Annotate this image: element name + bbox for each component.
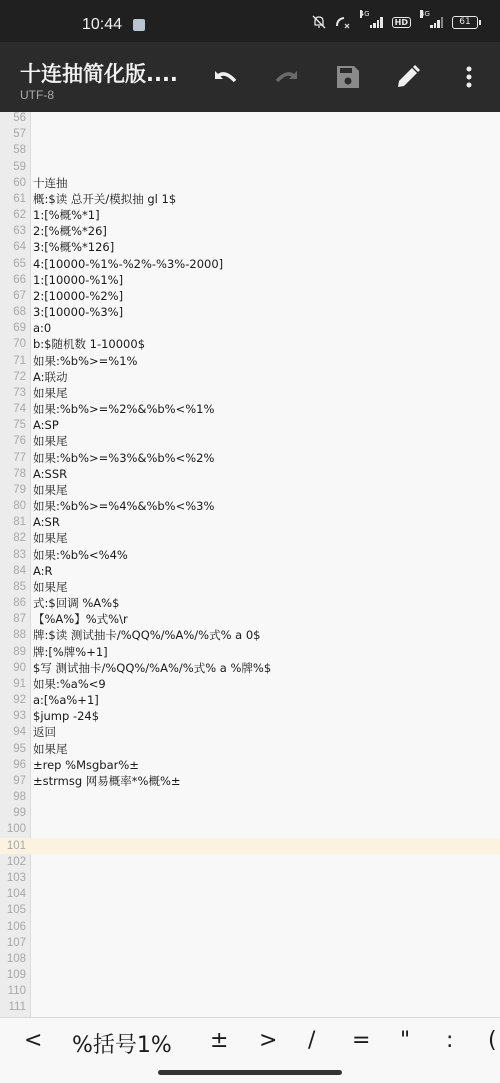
line-number: 83: [0, 547, 26, 563]
line-text[interactable]: $写 测试抽卡/%QQ%/%A%/%式% a %牌%$: [33, 660, 271, 676]
hd-badge: HD: [392, 17, 411, 28]
line-text[interactable]: 3:[10000-%3%]: [33, 304, 123, 320]
encoding-label: UTF-8: [20, 88, 54, 102]
notification-app-icon: [133, 19, 145, 31]
code-line[interactable]: 83如果:%b%<%4%: [0, 547, 500, 563]
line-number: 96: [0, 757, 26, 773]
signal-icon-1: 4G: [370, 16, 383, 28]
code-line[interactable]: 643:[%概%*126]: [0, 239, 500, 255]
symbol-key[interactable]: (: [488, 1028, 497, 1053]
line-number: 84: [0, 563, 26, 579]
code-line[interactable]: 74如果:%b%>=%2%&%b%<%1%: [0, 401, 500, 417]
code-line[interactable]: 77如果:%b%>=%3%&%b%<%2%: [0, 450, 500, 466]
code-line[interactable]: 61概:$读 总开关/模拟抽 gl 1$: [0, 191, 500, 207]
toolbar: 十连抽简化版.... UTF-8: [0, 42, 500, 112]
line-number: 93: [0, 708, 26, 724]
line-number: 100: [0, 821, 26, 837]
code-line[interactable]: 110: [0, 983, 500, 999]
code-line[interactable]: 672:[10000-%2%]: [0, 288, 500, 304]
line-number: 76: [0, 433, 26, 449]
line-text[interactable]: 1:[10000-%1%]: [33, 272, 123, 288]
code-line[interactable]: 88牌:$读 测试抽卡/%QQ%/%A%/%式% a 0$: [0, 627, 500, 643]
code-line[interactable]: 70b:$随机数 1-10000$: [0, 336, 500, 352]
symbol-key[interactable]: <: [24, 1028, 42, 1053]
line-text[interactable]: 如果尾: [33, 741, 68, 757]
line-text[interactable]: $jump -24$: [33, 708, 99, 724]
code-line[interactable]: 84A:R: [0, 563, 500, 579]
code-line[interactable]: 76如果尾: [0, 433, 500, 449]
symbol-key[interactable]: ": [400, 1028, 410, 1053]
line-number: 67: [0, 288, 26, 304]
code-line[interactable]: 102: [0, 854, 500, 870]
code-line[interactable]: 91如果:%a%<9: [0, 676, 500, 692]
line-number: 104: [0, 886, 26, 902]
code-line[interactable]: 94返回: [0, 724, 500, 740]
line-number: 62: [0, 207, 26, 223]
code-line[interactable]: 98: [0, 789, 500, 805]
code-line[interactable]: 106: [0, 919, 500, 935]
status-time: 10:44: [82, 16, 122, 34]
line-text[interactable]: 【%A%】%式%\r: [33, 611, 128, 627]
line-text[interactable]: A:SP: [33, 417, 59, 433]
line-number: 57: [0, 126, 26, 142]
code-line[interactable]: 103: [0, 870, 500, 886]
battery-icon: 61: [452, 16, 478, 29]
code-line[interactable]: 89牌:[%牌%+1]: [0, 644, 500, 660]
line-text[interactable]: 式:$回调 %A%$: [33, 595, 119, 611]
line-text[interactable]: ±strmsg 网易概率*%概%±: [33, 773, 181, 789]
symbol-bar: < %括号1% ± > / = " : (: [0, 1017, 500, 1066]
line-number: 65: [0, 256, 26, 272]
code-line[interactable]: 93$jump -24$: [0, 708, 500, 724]
line-text[interactable]: 4:[10000-%1%-%2%-%3%-2000]: [33, 256, 223, 272]
code-editor[interactable]: 5657585960十连抽61概:$读 总开关/模拟抽 gl 1$621:[%概…: [0, 112, 500, 1017]
line-text[interactable]: 2:[%概%*26]: [33, 223, 107, 239]
code-line[interactable]: 92a:[%a%+1]: [0, 692, 500, 708]
line-text[interactable]: 如果尾: [33, 433, 68, 449]
line-number: 111: [0, 999, 26, 1015]
code-line[interactable]: 58: [0, 142, 500, 158]
line-number: 99: [0, 805, 26, 821]
symbol-key[interactable]: :: [446, 1028, 453, 1053]
code-line[interactable]: 104: [0, 886, 500, 902]
redo-icon: [273, 67, 301, 87]
more-vertical-icon: [465, 66, 473, 88]
code-line[interactable]: 90$写 测试抽卡/%QQ%/%A%/%式% a %牌%$: [0, 660, 500, 676]
line-text[interactable]: 概:$读 总开关/模拟抽 gl 1$: [33, 191, 176, 207]
line-number: 56: [0, 112, 26, 126]
line-number: 63: [0, 223, 26, 239]
line-text[interactable]: 十连抽: [33, 175, 68, 191]
undo-icon: [211, 67, 239, 87]
line-number: 75: [0, 417, 26, 433]
line-text[interactable]: ±rep %Msgbar%±: [33, 757, 139, 773]
more-options-button[interactable]: [454, 62, 484, 92]
code-line[interactable]: 101: [0, 838, 500, 854]
line-text[interactable]: 如果:%b%>=%1%: [33, 353, 137, 369]
code-line[interactable]: 82如果尾: [0, 530, 500, 546]
line-number: 61: [0, 191, 26, 207]
line-number: 66: [0, 272, 26, 288]
code-line[interactable]: 683:[10000-%3%]: [0, 304, 500, 320]
code-line[interactable]: 95如果尾: [0, 741, 500, 757]
line-text[interactable]: 如果尾: [33, 385, 68, 401]
home-indicator[interactable]: [158, 1070, 342, 1075]
line-number: 86: [0, 595, 26, 611]
file-title: 十连抽简化版....: [20, 58, 178, 88]
code-line[interactable]: 109: [0, 967, 500, 983]
line-text[interactable]: A:R: [33, 563, 53, 579]
code-line[interactable]: 661:[10000-%1%]: [0, 272, 500, 288]
line-number: 64: [0, 239, 26, 255]
line-number: 79: [0, 482, 26, 498]
line-text[interactable]: 牌:[%牌%+1]: [33, 644, 108, 660]
code-line[interactable]: 654:[10000-%1%-%2%-%3%-2000]: [0, 256, 500, 272]
edit-button[interactable]: [393, 62, 423, 92]
line-number: 82: [0, 530, 26, 546]
line-number: 68: [0, 304, 26, 320]
line-number: 106: [0, 919, 26, 935]
line-text[interactable]: 如果尾: [33, 530, 68, 546]
code-line[interactable]: 73如果尾: [0, 385, 500, 401]
save-button[interactable]: [333, 62, 363, 92]
line-number: 87: [0, 611, 26, 627]
code-line[interactable]: 99: [0, 805, 500, 821]
redo-button[interactable]: [272, 62, 302, 92]
code-line[interactable]: 105: [0, 902, 500, 918]
line-number: 107: [0, 935, 26, 951]
code-line[interactable]: 59: [0, 159, 500, 175]
symbol-key[interactable]: /: [308, 1028, 315, 1053]
symbol-key[interactable]: ±: [210, 1028, 228, 1053]
line-text[interactable]: a:0: [33, 320, 51, 336]
line-number: 88: [0, 627, 26, 643]
code-line[interactable]: 57: [0, 126, 500, 142]
status-icons: 4G HD 4G 61: [312, 15, 478, 29]
code-line[interactable]: 111: [0, 999, 500, 1015]
line-text[interactable]: A:联动: [33, 369, 68, 385]
line-text[interactable]: 2:[10000-%2%]: [33, 288, 123, 304]
code-line[interactable]: 56: [0, 112, 500, 126]
code-line[interactable]: 60十连抽: [0, 175, 500, 191]
line-text[interactable]: 如果:%b%>=%3%&%b%<%2%: [33, 450, 214, 466]
code-line[interactable]: 87【%A%】%式%\r: [0, 611, 500, 627]
symbol-key[interactable]: =: [352, 1028, 370, 1053]
line-number: 89: [0, 644, 26, 660]
code-line[interactable]: 69a:0: [0, 320, 500, 336]
line-text[interactable]: 如果尾: [33, 482, 68, 498]
line-number: 95: [0, 741, 26, 757]
line-text[interactable]: 如果:%b%>=%4%&%b%<%3%: [33, 498, 214, 514]
code-line[interactable]: 96±rep %Msgbar%±: [0, 757, 500, 773]
line-number: 77: [0, 450, 26, 466]
line-number: 78: [0, 466, 26, 482]
code-line[interactable]: 75A:SP: [0, 417, 500, 433]
bell-off-icon: [312, 15, 326, 29]
line-text[interactable]: 牌:$读 测试抽卡/%QQ%/%A%/%式% a 0$: [33, 627, 261, 643]
symbol-key[interactable]: >: [259, 1028, 277, 1053]
line-text[interactable]: 如果:%b%<%4%: [33, 547, 128, 563]
code-line[interactable]: 85如果尾: [0, 579, 500, 595]
code-line[interactable]: 632:[%概%*26]: [0, 223, 500, 239]
code-line[interactable]: 80如果:%b%>=%4%&%b%<%3%: [0, 498, 500, 514]
line-number: 60: [0, 175, 26, 191]
line-text[interactable]: 1:[%概%*1]: [33, 207, 100, 223]
line-text[interactable]: 3:[%概%*126]: [33, 239, 114, 255]
status-bar: 10:44 4G HD 4G 61: [0, 0, 500, 42]
code-line[interactable]: 107: [0, 935, 500, 951]
line-number: 71: [0, 353, 26, 369]
symbol-key[interactable]: %括号1%: [72, 1028, 172, 1059]
line-number: 110: [0, 983, 26, 999]
line-number: 101: [0, 838, 26, 854]
line-number: 81: [0, 514, 26, 530]
code-line[interactable]: 78A:SSR: [0, 466, 500, 482]
code-line[interactable]: 79如果尾: [0, 482, 500, 498]
line-text[interactable]: A:SR: [33, 514, 60, 530]
line-number: 105: [0, 902, 26, 918]
code-line[interactable]: 100: [0, 821, 500, 837]
line-number: 73: [0, 385, 26, 401]
line-number: 74: [0, 401, 26, 417]
code-line[interactable]: 86式:$回调 %A%$: [0, 595, 500, 611]
undo-button[interactable]: [210, 62, 240, 92]
line-text[interactable]: b:$随机数 1-10000$: [33, 336, 145, 352]
line-number: 103: [0, 870, 26, 886]
code-line[interactable]: 108: [0, 951, 500, 967]
line-number: 58: [0, 142, 26, 158]
line-number: 94: [0, 724, 26, 740]
line-number: 97: [0, 773, 26, 789]
line-number: 59: [0, 159, 26, 175]
line-text[interactable]: 如果:%a%<9: [33, 676, 106, 692]
line-number: 69: [0, 320, 26, 336]
line-number: 108: [0, 951, 26, 967]
code-line[interactable]: 621:[%概%*1]: [0, 207, 500, 223]
line-number: 90: [0, 660, 26, 676]
line-number: 109: [0, 967, 26, 983]
save-icon: [336, 65, 360, 89]
line-text[interactable]: 如果:%b%>=%2%&%b%<%1%: [33, 401, 214, 417]
code-line[interactable]: 71如果:%b%>=%1%: [0, 353, 500, 369]
missed-call-icon: [335, 15, 351, 29]
line-number: 72: [0, 369, 26, 385]
line-number: 85: [0, 579, 26, 595]
line-text[interactable]: A:SSR: [33, 466, 67, 482]
line-text[interactable]: 返回: [33, 724, 56, 740]
code-line[interactable]: 81A:SR: [0, 514, 500, 530]
code-line[interactable]: 97±strmsg 网易概率*%概%±: [0, 773, 500, 789]
line-number: 80: [0, 498, 26, 514]
line-number: 70: [0, 336, 26, 352]
line-text[interactable]: 如果尾: [33, 579, 68, 595]
line-number: 102: [0, 854, 26, 870]
line-text[interactable]: a:[%a%+1]: [33, 692, 99, 708]
line-number: 91: [0, 676, 26, 692]
code-line[interactable]: 72A:联动: [0, 369, 500, 385]
line-number: 92: [0, 692, 26, 708]
signal-icon-2: 4G: [430, 16, 443, 28]
line-number: 98: [0, 789, 26, 805]
pencil-icon: [396, 65, 420, 89]
